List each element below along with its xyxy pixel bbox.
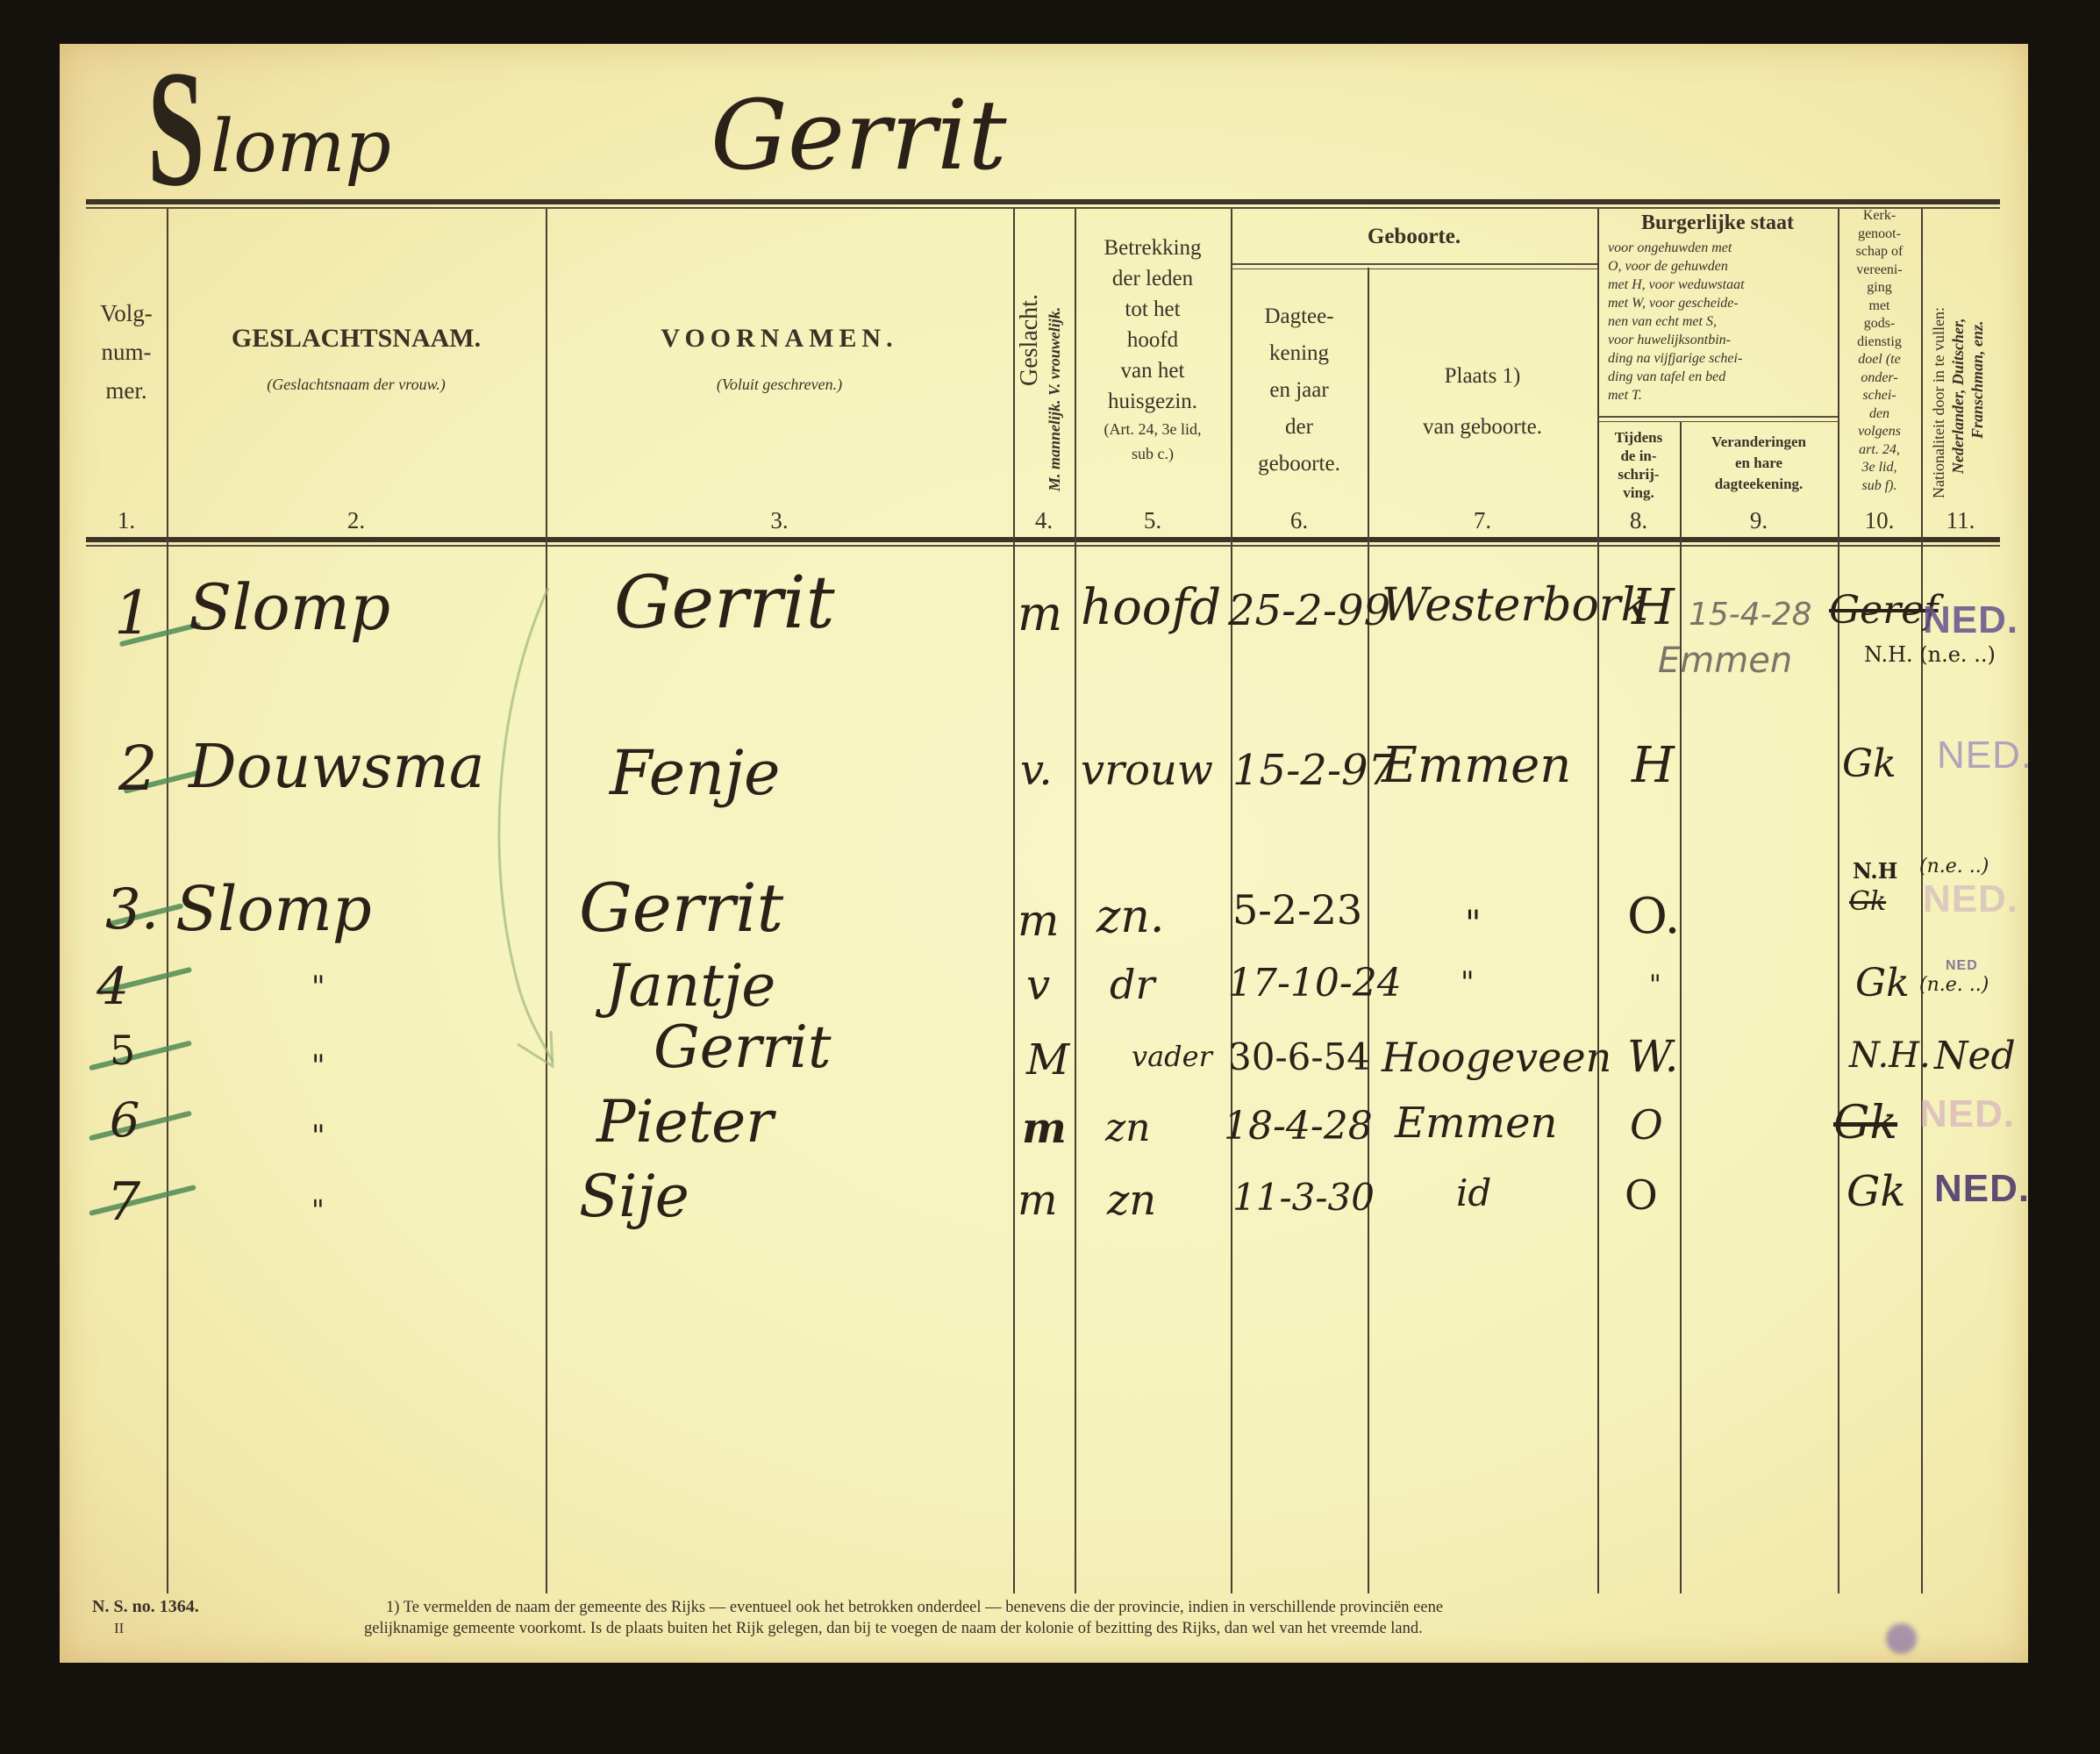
col10-line: sub f). — [1838, 477, 1921, 496]
row3-given: Gerrit — [579, 869, 783, 947]
row5-relation: vader — [1132, 1040, 1212, 1073]
row3-surname: Slomp — [175, 873, 372, 945]
col-divider-6 — [1368, 268, 1369, 1593]
footnote-line-1: 1) Te vermelden de naam der gemeente des… — [386, 1599, 1443, 1617]
col9-line: Veranderingen — [1680, 432, 1838, 453]
row5-given: Gerrit — [654, 1013, 832, 1081]
row5-birth-place: Hoogeveen — [1382, 1034, 1611, 1081]
row7-religion: Gk — [1846, 1167, 1905, 1216]
col-num-10: 10. — [1838, 507, 1921, 534]
col10-line: ging — [1838, 279, 1921, 297]
col-num-1: 1. — [86, 507, 167, 534]
pencil-arrow-icon — [465, 570, 570, 1097]
col6-line: en jaar — [1231, 372, 1368, 409]
col8-line: ving. — [1597, 483, 1680, 502]
row6-given: Pieter — [596, 1088, 774, 1156]
col8-line: Tijdens — [1597, 428, 1680, 447]
row2-birth-date: 15-2-97 — [1232, 746, 1395, 795]
row1-birth-date: 25-2-99 — [1228, 586, 1390, 635]
col10-line: dienstig — [1838, 333, 1921, 352]
col1-line: num- — [86, 333, 167, 371]
col10-line: volgens — [1838, 423, 1921, 441]
row3-nationality-stamp: NED. — [1923, 877, 2018, 921]
header-bottom-rule-thin — [86, 545, 2000, 547]
row2-sex: v. — [1020, 746, 1053, 795]
row6-birth-place: Emmen — [1395, 1099, 1557, 1148]
col-num-5: 5. — [1075, 507, 1231, 534]
ink-smudge — [1886, 1623, 1917, 1654]
col-num-8: 8. — [1597, 507, 1680, 534]
col11-header-line3: Franschman, enz. — [1968, 320, 1987, 439]
row1-birth-place: Westerbork — [1382, 579, 1648, 632]
col-num-3: 3. — [546, 507, 1013, 534]
header-bottom-rule — [86, 537, 2000, 542]
col8-header: Tijdens de in- schrij- ving. — [1597, 428, 1680, 502]
row5-civil-status: W. — [1627, 1031, 1679, 1082]
burgerlijke-subrule — [1599, 416, 1838, 418]
row5-religion: N.H. — [1849, 1035, 1931, 1076]
row4-relation: dr — [1110, 961, 1154, 1008]
desc-line: ding van tafel en bed — [1608, 368, 1829, 386]
row7-sex: m — [1018, 1176, 1058, 1225]
burgerlijke-staat-desc: voor ongehuwden met O, voor de gehuwden … — [1608, 239, 1829, 404]
row2-surname: Douwsma — [189, 733, 484, 802]
row7-surname: " — [311, 1193, 325, 1227]
row5-sex: M — [1026, 1035, 1069, 1085]
col-num-4: 4. — [1013, 507, 1075, 534]
row2-nr: 2 — [118, 733, 158, 805]
col5-line: der leden — [1075, 263, 1231, 294]
row6-sex: m — [1022, 1104, 1067, 1153]
row1-nationality-stamp: NED. — [1923, 598, 2018, 642]
row6-nationality-stamp: NED. — [1919, 1092, 2015, 1136]
row7-birth-place: id — [1456, 1171, 1491, 1214]
col6-line: geboorte. — [1231, 446, 1368, 483]
row1-sex: m — [1018, 586, 1062, 641]
title-initial: S — [147, 46, 205, 212]
col8-line: de in- — [1597, 447, 1680, 465]
row6-civil-status: O — [1630, 1101, 1663, 1149]
desc-line: O, voor de gehuwden — [1608, 257, 1829, 276]
row1-surname: Slomp — [189, 570, 390, 644]
desc-line: met H, voor weduwstaat — [1608, 276, 1829, 294]
form-sub-number: II — [114, 1620, 124, 1637]
row4-given: Jantje — [605, 952, 775, 1020]
row4-civil-status: " — [1649, 970, 1661, 1000]
geboorte-subrule — [1232, 263, 1597, 265]
row1-civil-status: H — [1632, 579, 1675, 636]
col11-header-line2: Nederlander, Duitscher, — [1949, 318, 1968, 474]
col5-line: van het — [1075, 355, 1231, 386]
col5-line: tot het — [1075, 294, 1231, 325]
row2-birth-place: Emmen — [1382, 737, 1571, 794]
col5-header: Betrekking der leden tot het hoofd van h… — [1075, 233, 1231, 466]
col2-header-title: GESLACHTSNAAM. — [167, 323, 546, 354]
desc-line: ding na vijfjarige schei- — [1608, 349, 1829, 368]
col10-line: doel (te — [1838, 351, 1921, 369]
col6-line: Dagtee- — [1231, 298, 1368, 335]
title-surname: lomp — [211, 105, 391, 189]
col5-note: sub c.) — [1075, 441, 1231, 466]
col10-line: onder- — [1838, 369, 1921, 388]
col10-line: schap of — [1838, 243, 1921, 261]
col10-header: Kerk- genoot- schap of vereeni- ging met… — [1838, 207, 1921, 495]
col-divider-1 — [167, 209, 168, 1593]
col11-header-line1: Nationaliteit door in te vullen: — [1930, 307, 1948, 498]
row6-relation: zn — [1105, 1106, 1151, 1150]
col9-line: en hare — [1680, 453, 1838, 474]
row7-given: Sije — [579, 1163, 689, 1230]
row4-birth-date: 17-10-24 — [1228, 961, 1402, 1006]
row7-nationality-stamp: NED. — [1934, 1167, 2030, 1211]
row3-relation: zn. — [1096, 891, 1164, 943]
row2-relation: vrouw — [1081, 746, 1213, 795]
row2-religion: Gk — [1842, 741, 1896, 786]
col-divider-8 — [1680, 421, 1682, 1593]
row4-religion-note: (n.e. ..) — [1919, 974, 1989, 996]
row1-religion-struck: Geref — [1829, 588, 1939, 633]
col-num-2: 2. — [167, 507, 546, 534]
col10-line: 3e lid, — [1838, 459, 1921, 477]
row4-nationality-stamp: NED — [1946, 958, 1978, 974]
col7-header: Plaats 1) van geboorte. — [1368, 351, 1597, 453]
form-number: N. S. no. 1364. — [92, 1597, 199, 1617]
col10-line: gods- — [1838, 315, 1921, 333]
col5-line: huisgezin. — [1075, 386, 1231, 417]
desc-line: nen van echt met S, — [1608, 312, 1829, 331]
row2-nationality-stamp: NED. — [1937, 734, 2032, 777]
col7-line: van geboorte. — [1368, 402, 1597, 453]
header-top-rule-thin — [86, 207, 2000, 209]
col6-line: kening — [1231, 335, 1368, 372]
col-num-11: 11. — [1921, 507, 2000, 534]
row3-birth-place: " — [1465, 904, 1481, 944]
row6-surname: " — [311, 1119, 325, 1154]
col3-header-subtitle: (Voluit geschreven.) — [546, 376, 1013, 395]
col10-line: vereeni- — [1838, 261, 1921, 280]
row7-nr: 7 — [107, 1171, 140, 1233]
col10-line: den — [1838, 405, 1921, 424]
col9-header: Veranderingen en hare dagteekening. — [1680, 432, 1838, 495]
row4-birth-place: " — [1461, 965, 1475, 1000]
col10-line: met — [1838, 297, 1921, 316]
header-top-rule — [86, 199, 2000, 204]
col10-line: schei- — [1838, 387, 1921, 405]
col10-line: Kerk- — [1838, 207, 1921, 226]
row6-birth-date: 18-4-28 — [1224, 1104, 1373, 1149]
col4-header-subtitle: M. mannelijk. V. vrouwelijk. — [1046, 307, 1064, 491]
row1-religion: N.H. (n.e. ..) — [1864, 642, 1996, 667]
row7-civil-status: O — [1625, 1171, 1658, 1219]
col10-line: art. 24, — [1838, 441, 1921, 460]
burgerlijke-staat-header: Burgerlijke staat — [1597, 211, 1838, 236]
footnote-line-2: gelijknamige gemeente voorkomt. Is de pl… — [364, 1620, 1423, 1638]
row1-given: Gerrit — [614, 562, 835, 645]
col3-header-title: VOORNAMEN. — [546, 323, 1013, 354]
col6-header: Dagtee- kening en jaar der geboorte. — [1231, 298, 1368, 483]
row1-changes: 15-4-28 — [1689, 597, 1812, 633]
row1-nr: 1 — [114, 579, 152, 648]
col-num-7: 7. — [1368, 507, 1597, 534]
col5-line: Betrekking — [1075, 233, 1231, 263]
col7-line: Plaats 1) — [1368, 351, 1597, 402]
col10-line: genoot- — [1838, 226, 1921, 244]
col5-note: (Art. 24, 3e lid, — [1075, 417, 1231, 441]
col-num-9: 9. — [1680, 507, 1838, 534]
col8-line: schrij- — [1597, 465, 1680, 483]
row4-sex: v — [1026, 961, 1050, 1010]
col1-header: Volg- num- mer. — [86, 294, 167, 410]
row3-civil-status: O. — [1627, 888, 1680, 945]
row1-relation: hoofd — [1081, 579, 1221, 636]
row2-given: Fenje — [610, 737, 780, 809]
col5-line: hoofd — [1075, 325, 1231, 355]
row5-birth-date: 30-6-54 — [1228, 1035, 1370, 1078]
title-given-name: Gerrit — [711, 79, 1007, 191]
row7-birth-date: 11-3-30 — [1232, 1176, 1375, 1219]
desc-line: voor ongehuwden met — [1608, 239, 1829, 257]
row4-religion: Gk — [1855, 961, 1910, 1006]
col-divider-3 — [1013, 209, 1015, 1593]
row7-relation: zn — [1107, 1176, 1156, 1225]
row4-nr: 4 — [96, 956, 129, 1016]
row3-nr: 3. — [105, 877, 159, 942]
row3-sex: m — [1018, 895, 1059, 946]
col2-header-subtitle: (Geslachtsnaam der vrouw.) — [167, 376, 546, 395]
row5-surname: " — [311, 1049, 325, 1084]
desc-line: met W, voor gescheide- — [1608, 294, 1829, 312]
desc-line: voor huwelijksontbin- — [1608, 331, 1829, 349]
row3-religion: N.H — [1853, 858, 1897, 884]
row3-religion-struck: Gk — [1849, 886, 1886, 917]
col9-line: dagteekening. — [1680, 474, 1838, 495]
desc-line: met T. — [1608, 386, 1829, 404]
geboorte-group-header: Geboorte. — [1231, 224, 1597, 250]
row3-religion-note: (n.e. ..) — [1919, 856, 1989, 877]
row3-birth-date: 5-2-23 — [1232, 886, 1362, 934]
col1-line: mer. — [86, 371, 167, 410]
burgerlijke-subrule-2 — [1599, 421, 1838, 422]
geboorte-subrule-2 — [1232, 268, 1597, 269]
col4-header-title: Geslacht. — [1016, 294, 1044, 386]
row6-religion: Gk — [1833, 1097, 1897, 1149]
row2-civil-status: H — [1632, 737, 1675, 794]
row5-nationality: Ned — [1934, 1034, 2016, 1078]
col1-line: Volg- — [86, 294, 167, 333]
col-num-6: 6. — [1231, 507, 1368, 534]
col6-line: der — [1231, 409, 1368, 446]
row1-changes-place: Emmen — [1658, 641, 1792, 681]
row4-surname: " — [311, 970, 325, 1005]
row6-nr: 6 — [110, 1092, 139, 1148]
row5-nr: 5 — [110, 1027, 135, 1074]
